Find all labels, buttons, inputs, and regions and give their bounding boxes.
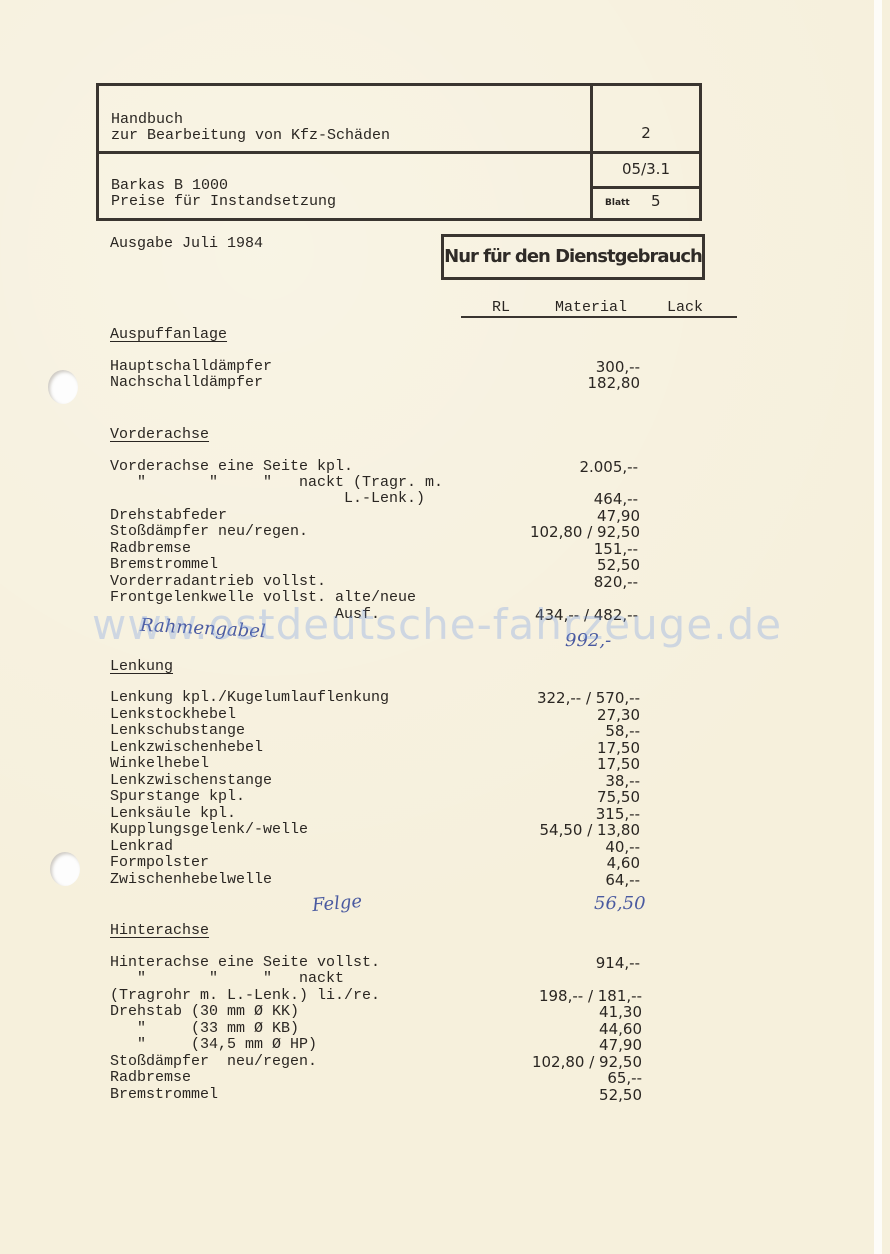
header-box: Handbuchzur Bearbeitung von Kfz-Schäden … — [96, 83, 702, 221]
handwritten-note-value: 56,50 — [594, 893, 646, 914]
header-title-cell: Handbuchzur Bearbeitung von Kfz-Schäden — [99, 86, 593, 154]
price-value: 182,80 — [588, 375, 641, 391]
handbook-title: Handbuchzur Bearbeitung von Kfz-Schäden — [111, 112, 390, 144]
price-value: 198,-- / 181,-- — [539, 988, 642, 1004]
section-title-auspuffanlage: Auspuffanlage — [110, 326, 227, 343]
list-item: Vorderachse eine Seite kpl. — [110, 459, 353, 475]
list-item: " (34,5 mm Ø HP) — [110, 1037, 317, 1053]
price-value: 300,-- — [596, 359, 640, 375]
list-item: Lenkung kpl./Kugelumlauflenkung — [110, 690, 389, 706]
price-value: 914,-- — [596, 955, 640, 971]
punch-hole — [48, 370, 78, 404]
list-item: Lenkstockhebel — [110, 707, 236, 723]
column-header-rule — [461, 316, 737, 318]
price-value: 40,-- — [605, 839, 640, 855]
section-number-cell: 2 — [593, 86, 699, 154]
blatt-number: 5 — [651, 192, 661, 210]
vehicle-subtitle: Barkas B 1000Preise für Instandsetzung — [111, 178, 336, 210]
price-value: 17,50 — [597, 756, 640, 772]
column-header-material: Material — [555, 299, 627, 316]
punch-hole — [50, 852, 80, 886]
list-item: Zwischenhebelwelle — [110, 872, 272, 888]
price-value: 102,80 / 92,50 — [532, 1054, 642, 1070]
list-item: Drehstab (30 mm Ø KK) — [110, 1004, 299, 1020]
price-value: 151,-- — [594, 541, 638, 557]
handwritten-note-label: Felge — [311, 891, 363, 916]
blatt-label: Blatt — [605, 198, 630, 208]
price-value: 322,-- / 570,-- — [537, 690, 640, 706]
blatt-cell: Blatt 5 — [593, 189, 699, 218]
list-item: " " " nackt (Tragr. m. — [110, 475, 443, 491]
list-item: Formpolster — [110, 855, 209, 871]
list-item: Stoßdämpfer neu/regen. — [110, 1054, 317, 1070]
list-item: Lenkzwischenhebel — [110, 740, 263, 756]
price-value: 38,-- — [605, 773, 640, 789]
price-value: 54,50 / 13,80 — [540, 822, 640, 838]
section-title-hinterachse: Hinterachse — [110, 922, 209, 939]
list-item: " " " nackt — [110, 971, 344, 987]
price-value: 820,-- — [594, 574, 638, 590]
section-title-lenkung: Lenkung — [110, 658, 173, 675]
price-value: 464,-- — [594, 491, 638, 507]
list-item: Spurstange kpl. — [110, 789, 245, 805]
issue-date: Ausgabe Juli 1984 — [110, 236, 263, 252]
price-value: 65,-- — [607, 1070, 642, 1086]
page-edge — [874, 0, 882, 1254]
list-item: Hauptschalldämpfer — [110, 359, 272, 375]
list-item: Lenksäule kpl. — [110, 806, 236, 822]
list-item: Radbremse — [110, 541, 191, 557]
list-item: Kupplungsgelenk/-welle — [110, 822, 308, 838]
document-code: 05/3.1 — [593, 160, 699, 178]
list-item: Lenkrad — [110, 839, 173, 855]
price-value: 44,60 — [599, 1021, 642, 1037]
list-item: Nachschalldämpfer — [110, 375, 263, 391]
price-value: 102,80 / 92,50 — [530, 524, 640, 540]
price-value: 58,-- — [605, 723, 640, 739]
price-value: 4,60 — [607, 855, 640, 871]
price-value: 64,-- — [605, 872, 640, 888]
list-item: Lenkschubstange — [110, 723, 245, 739]
list-item: " (33 mm Ø KB) — [110, 1021, 299, 1037]
price-value: 52,50 — [599, 1087, 642, 1103]
list-item: Radbremse — [110, 1070, 191, 1086]
document-page: Handbuchzur Bearbeitung von Kfz-Schäden … — [0, 0, 882, 1254]
price-value: 47,90 — [599, 1037, 642, 1053]
header-subtitle-cell: Barkas B 1000Preise für Instandsetzung — [99, 154, 593, 218]
list-item: L.-Lenk.) — [110, 491, 425, 507]
list-item: Winkelhebel — [110, 756, 209, 772]
watermark: www.ostdeutsche-fahrzeuge.de — [92, 600, 782, 649]
list-item: Stoßdämpfer neu/regen. — [110, 524, 308, 540]
list-item: Hinterachse eine Seite vollst. — [110, 955, 380, 971]
list-item: Lenkzwischenstange — [110, 773, 272, 789]
price-value: 315,-- — [596, 806, 640, 822]
list-item: Drehstabfeder — [110, 508, 227, 524]
price-value: 52,50 — [597, 557, 640, 573]
price-value: 41,30 — [599, 1004, 642, 1020]
section-number: 2 — [593, 124, 699, 142]
price-value: 27,30 — [597, 707, 640, 723]
list-item: Vorderradantrieb vollst. — [110, 574, 326, 590]
code-cell: 05/3.1 — [593, 154, 699, 189]
list-item: (Tragrohr m. L.-Lenk.) li./re. — [110, 988, 380, 1004]
column-header-lack: Lack — [667, 299, 703, 316]
price-value: 2.005,-- — [579, 459, 638, 475]
price-value: 17,50 — [597, 740, 640, 756]
price-value: 75,50 — [597, 789, 640, 805]
list-item: Bremstrommel — [110, 1087, 218, 1103]
list-item: Bremstrommel — [110, 557, 218, 573]
section-title-vorderachse: Vorderachse — [110, 426, 209, 443]
restricted-stamp: Nur für den Dienstgebrauch — [441, 234, 705, 280]
column-header-rl: RL — [492, 299, 510, 316]
price-value: 47,90 — [597, 508, 640, 524]
